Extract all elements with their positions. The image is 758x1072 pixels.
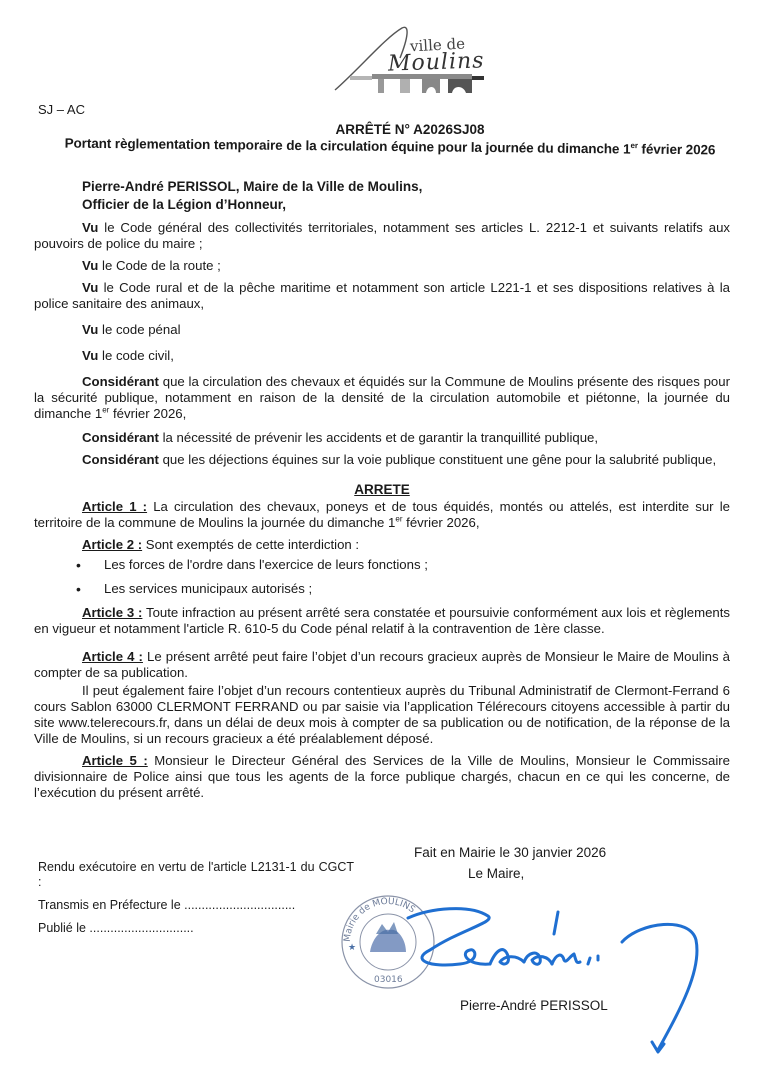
city-logo: ville de Moulins xyxy=(330,8,520,94)
document-body: Pierre-André PERISSOL, Maire de la Ville… xyxy=(34,178,730,801)
article-1: Article 1 : La circulation des chevaux, … xyxy=(34,499,730,531)
list-item: Les services municipaux autorisés ; xyxy=(76,581,730,597)
svg-text:03016: 03016 xyxy=(374,975,403,985)
executoire-note: Rendu exécutoire en vertu de l'article L… xyxy=(38,860,354,890)
article-2: Article 2 : Sont exemptés de cette inter… xyxy=(34,537,730,553)
considerant-paragraph: Considérant la nécessité de prévenir les… xyxy=(34,430,730,446)
logo-text-moulins: Moulins xyxy=(388,48,485,76)
document-title: ARRÊTÉ N° A2026SJ08 xyxy=(70,122,750,137)
transmis-prefecture-line: Transmis en Préfecture le ..............… xyxy=(38,898,354,913)
document-subtitle: Portant règlementation temporaire de la … xyxy=(30,135,750,158)
article-2-exemptions-list: Les forces de l'ordre dans l'exercice de… xyxy=(34,557,730,597)
article-4-recourse: Il peut également faire l’objet d’un rec… xyxy=(34,683,730,747)
document-title-block: ARRÊTÉ N° A2026SJ08 Portant règlementati… xyxy=(30,122,750,154)
document-reference: SJ – AC xyxy=(38,102,85,117)
signing-date: Fait en Mairie le 30 janvier 2026 xyxy=(414,845,606,860)
article-5: Article 5 : Monsieur le Directeur Généra… xyxy=(34,753,730,801)
visa-paragraph: Vu le Code général des collectivités ter… xyxy=(34,220,730,252)
visa-paragraph: Vu le code civil, xyxy=(34,348,730,364)
visa-paragraph: Vu le Code de la route ; xyxy=(34,258,730,274)
signatory-role: Le Maire, xyxy=(468,866,524,881)
svg-text:★: ★ xyxy=(348,942,356,952)
list-item: Les forces de l'ordre dans l'exercice de… xyxy=(76,557,730,573)
considerant-paragraph: Considérant que la circulation des cheva… xyxy=(34,374,730,422)
mayor-identity: Pierre-André PERISSOL, Maire de la Ville… xyxy=(82,178,730,214)
publie-line: Publié le .............................. xyxy=(38,921,354,936)
considerant-paragraph: Considérant que les déjections équines s… xyxy=(34,452,730,468)
mayor-signature-icon xyxy=(400,900,720,1060)
arrete-heading: ARRETE xyxy=(34,482,730,497)
article-4: Article 4 : Le présent arrêté peut faire… xyxy=(34,649,730,681)
visa-paragraph: Vu le Code rural et de la pêche maritime… xyxy=(34,280,730,312)
visa-paragraph: Vu le code pénal xyxy=(34,322,730,338)
article-3: Article 3 : Toute infraction au présent … xyxy=(34,605,730,637)
publication-block: Rendu exécutoire en vertu de l'article L… xyxy=(38,860,354,936)
signatory-name: Pierre-André PERISSOL xyxy=(460,998,608,1013)
